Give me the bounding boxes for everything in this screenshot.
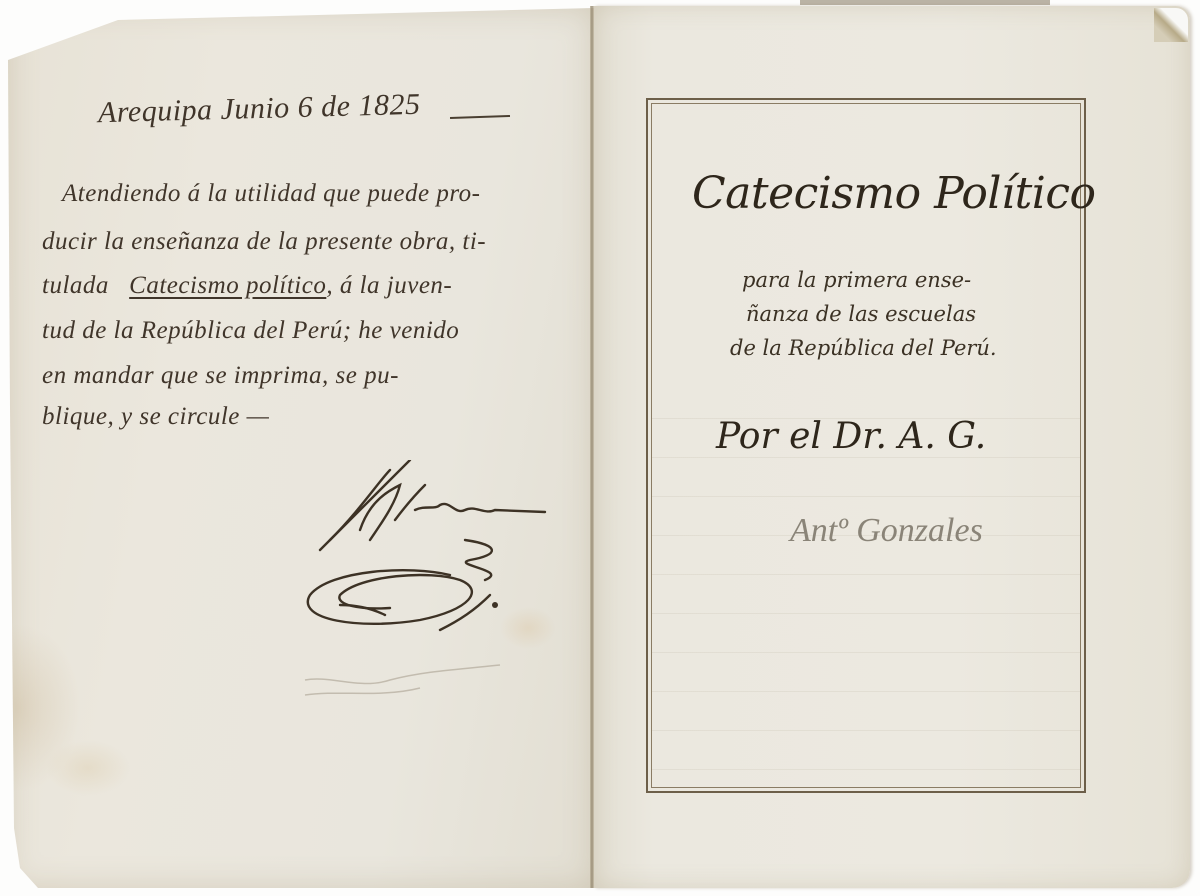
decree-text: , á la juven- [326,272,452,299]
subtitle-line-2: ñanza de las escuelas [746,302,976,326]
owner-pencil-signature: Antº Gonzales [790,512,983,550]
top-binding-strip [800,0,1050,5]
author-line: Por el Dr. A. G. [716,416,986,457]
bolivar-signature [300,460,560,660]
decree-line-4: tud de la República del Perú; he venido [42,317,459,345]
book-title: Catecismo Político [692,168,1095,219]
decree-line-1: Atendiendo á la utilidad que puede pro- [62,180,481,208]
book-spine-gutter [590,6,594,888]
decree-line-5: en mandar que se imprima, se pu- [42,362,399,390]
decree-line-6: blique, y se circule — [42,403,269,431]
subtitle-line-3: de la República del Perú. [730,336,997,360]
decree-line-3: tulada Catecismo político, á la juven- [42,272,452,300]
faint-pencil-marks [300,650,520,710]
decree-line-2: ducir la enseñanza de la presente obra, … [42,228,486,256]
manuscript-photo: Arequipa Junio 6 de 1825 Atendiendo á la… [0,0,1200,896]
folded-corner [1154,8,1188,42]
decree-text: tulada [42,272,109,299]
left-page [8,8,594,888]
work-title-reference: Catecismo político [129,272,326,299]
subtitle-line-1: para la primera ense- [742,268,971,292]
